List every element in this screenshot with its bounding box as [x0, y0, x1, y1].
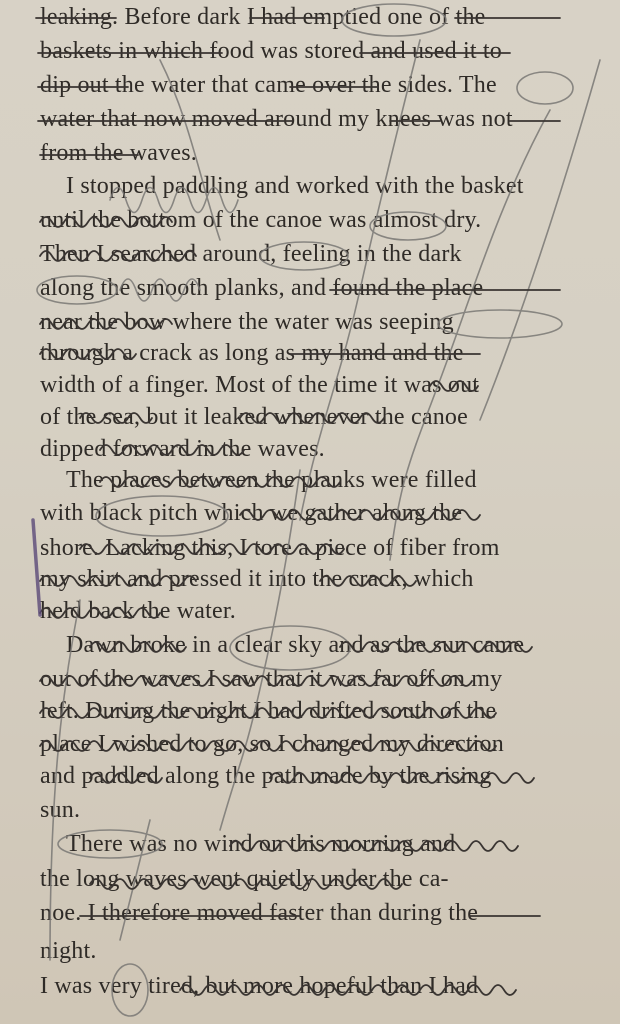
book-page: leaking. Before dark I had emptied one o… — [0, 0, 620, 1024]
text-line: left. During the night I had drifted sou… — [40, 698, 496, 730]
text-line: near the bow where the water was seeping — [40, 309, 454, 341]
text-line: through a crack as long as my hand and t… — [40, 340, 464, 372]
text-line: night. — [40, 938, 97, 970]
text-line: The places between the planks were fille… — [66, 467, 477, 499]
text-line: I was very tired, but more hopeful than … — [40, 973, 478, 1005]
text-line: leaking. Before dark I had emptied one o… — [40, 4, 486, 36]
text-line: dipped forward in the waves. — [40, 436, 325, 468]
text-line: water that now moved around my knees was… — [40, 106, 513, 138]
text-line: of the sea, but it leaked whenever the c… — [40, 404, 468, 436]
text-line: place I wished to go, so I changed my di… — [40, 731, 504, 763]
text-line: baskets in which food was stored and use… — [40, 38, 502, 70]
text-line: Dawn broke in a clear sky and as the sun… — [66, 632, 524, 664]
text-line: I stopped paddling and worked with the b… — [66, 173, 524, 205]
text-line: sun. — [40, 797, 80, 829]
text-line: shore. Lacking this, I tore a piece of f… — [40, 535, 500, 567]
text-line: Then I searched around, feeling in the d… — [40, 241, 462, 273]
text-line: noe. I therefore moved faster than durin… — [40, 900, 478, 932]
text-line: held back the water. — [40, 598, 236, 630]
text-line: my skirt and pressed it into the crack, … — [40, 566, 474, 598]
text-line: the long waves went quietly under the ca… — [40, 866, 449, 898]
text-line: dip out the water that came over the sid… — [40, 72, 497, 104]
text-line: out of the waves I saw that it was far o… — [40, 666, 502, 698]
text-line: from the waves. — [40, 140, 197, 172]
text-line: and paddled along the path made by the r… — [40, 763, 492, 795]
text-line: There was no wind on this morning and — [66, 831, 455, 863]
text-line: width of a finger. Most of the time it w… — [40, 372, 479, 404]
text-line: until the bottom of the canoe was almost… — [40, 207, 481, 239]
text-line: with black pitch which we gather along t… — [40, 500, 462, 532]
text-line: along the smooth planks, and found the p… — [40, 275, 483, 307]
